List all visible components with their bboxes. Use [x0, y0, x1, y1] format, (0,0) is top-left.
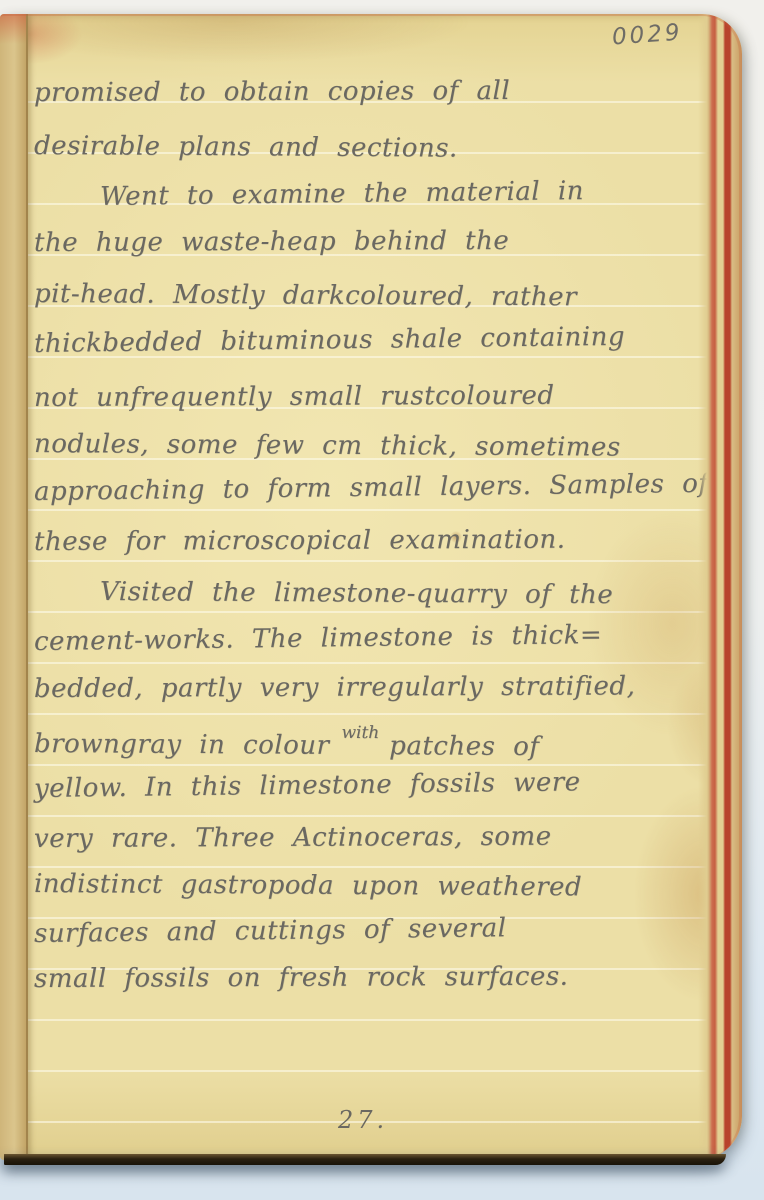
handwriting-line: Went to examine the material in [100, 176, 584, 212]
inserted-word: with [341, 723, 379, 743]
handwriting-line: indistinct gastropoda upon weathered [34, 869, 582, 902]
handwriting-line: approaching to form small layers. Sample… [34, 469, 709, 507]
handwriting-line: desirable plans and sections. [34, 131, 458, 164]
handwriting-line: cement-works. The limestone is thick= [34, 620, 603, 657]
scan-corner-number: 0029 [611, 20, 683, 51]
handwriting-line: these for microscopical examination. [34, 525, 566, 557]
handwriting-line: Visited the limestone-quarry of the [100, 577, 613, 610]
page-number: 27. [338, 1106, 388, 1134]
handwriting-segment: browngray in colour [34, 729, 330, 761]
handwriting-line: nodules, some few cm thick, sometimes [34, 429, 621, 463]
red-fore-edge [698, 14, 742, 1160]
handwriting-line: bedded, partly very irregularly stratifi… [34, 671, 635, 704]
handwriting-line: not unfrequently small rustcoloured [34, 381, 555, 413]
handwriting-line: promised to obtain copies of all [34, 76, 510, 108]
handwriting-segment: patches of [389, 731, 539, 762]
handwriting-line: small fossils on fresh rock surfaces. [34, 962, 569, 994]
binding-red-edge [0, 14, 26, 44]
notebook-bottom-edge [4, 1154, 726, 1165]
handwriting-line: the huge waste-heap behind the [34, 226, 509, 258]
notebook-page: 0029 promised to obtain copies of all de… [0, 14, 742, 1160]
handwriting-line: yellow. In this limestone fossils were [34, 767, 581, 804]
handwriting-line: surfaces and cuttings of several [34, 913, 507, 949]
handwriting-line: pit-head. Mostly darkcoloured, rather [34, 279, 577, 312]
handwriting-line: thickbedded bituminous shale containing [34, 322, 625, 359]
handwriting-line: very rare. Three Actinoceras, some [34, 822, 552, 854]
handwriting-line: browngray in colourwithpatches of [34, 729, 550, 765]
binding-gutter [0, 14, 28, 1160]
